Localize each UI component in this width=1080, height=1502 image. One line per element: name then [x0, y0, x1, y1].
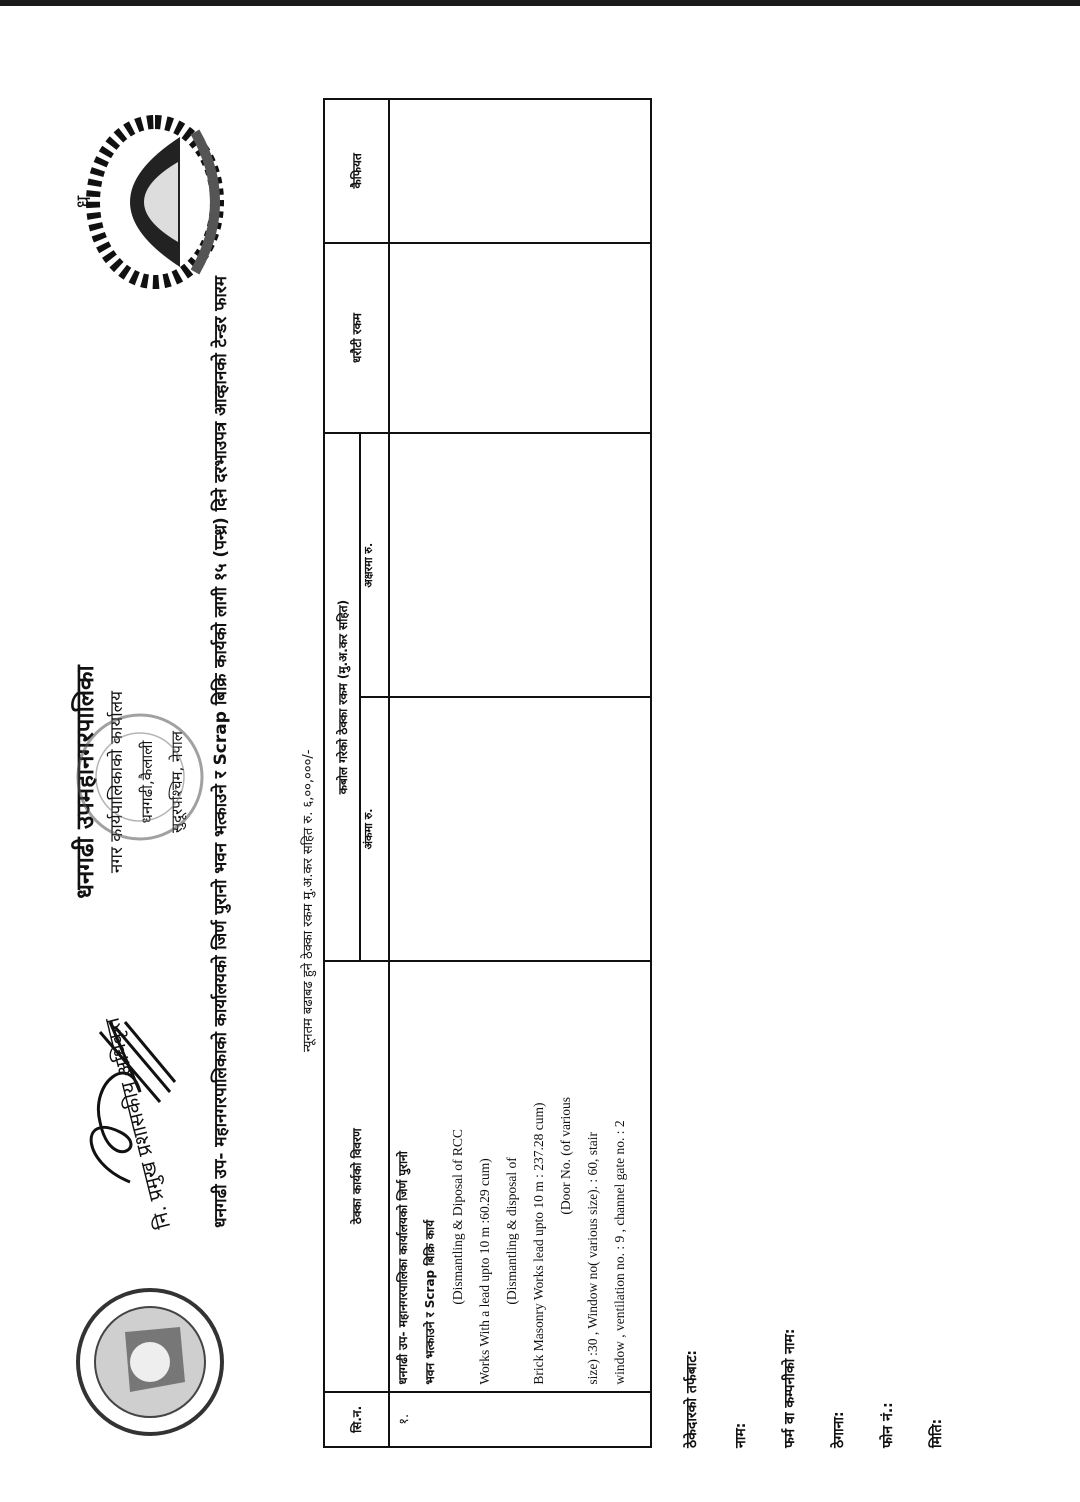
contractor-heading: ठेकेदारको तर्फबाट:	[668, 1328, 717, 1448]
header-sn: सि.न.	[324, 1392, 389, 1447]
row-description: धनगढी उप- महानगरपालिका कार्यालयको जिर्ण …	[389, 961, 651, 1392]
header-bid-amount: कबोल गरेको ठेक्का रकम (मु.अ.कर सहित)	[324, 433, 360, 960]
row-sn: १.	[389, 1392, 651, 1447]
desc-line: size) :30 , Window no( various size). : …	[579, 968, 606, 1385]
contractor-section: ठेकेदारको तर्फबाट: नाम: फर्म वा कम्पनीको…	[668, 1328, 962, 1448]
contractor-address-field[interactable]: ठेगाना:	[815, 1328, 864, 1448]
header-description: ठेक्का कार्यको विवरण	[324, 961, 389, 1392]
svg-text:ध: ध	[71, 195, 95, 208]
desc-line: (Door No. (of various	[552, 968, 579, 1385]
table-header-row: सि.न. ठेक्का कार्यको विवरण कबोल गरेको ठे…	[324, 99, 360, 1447]
desc-line: भवन भत्काउने र Scrap बिक्रि कार्य	[417, 968, 444, 1385]
subheader-in-words: अक्षरमा रु.	[360, 433, 389, 697]
table-row: १. धनगढी उप- महानगरपालिका कार्यालयको जिर…	[389, 99, 651, 1447]
contractor-date-field[interactable]: मिति:	[913, 1328, 962, 1448]
row-remarks[interactable]	[389, 99, 651, 243]
desc-line: Works With a lead upto 10 m :60.29 cum)	[471, 968, 498, 1385]
desc-line: (Dismantling & Diposal of RCC	[444, 968, 471, 1385]
official-seal-icon	[70, 1282, 230, 1442]
header-remarks: कैफियत	[324, 99, 389, 243]
desc-line: (Dismantling & disposal of	[498, 968, 525, 1385]
office-stamp-icon	[65, 692, 215, 862]
contractor-name-field[interactable]: नाम:	[717, 1328, 766, 1448]
tender-table: सि.न. ठेक्का कार्यको विवरण कबोल गरेको ठे…	[323, 98, 652, 1448]
row-deposit[interactable]	[389, 243, 651, 434]
contractor-firm-field[interactable]: फर्म वा कम्पनीको नाम:	[766, 1328, 815, 1448]
header-deposit: धरौटी रकम	[324, 243, 389, 434]
document-title: धनगढी उप- महानगरपालिकाको कार्यालयको जिर्…	[208, 97, 231, 1407]
desc-line: धनगढी उप- महानगरपालिका कार्यालयको जिर्ण …	[390, 968, 417, 1385]
tender-form-page: ध धनगढी उपमहानगरपालिका नगर कार्यपालिकाको…	[0, 0, 1080, 1502]
subheader-in-figures: अंकमा रु.	[360, 697, 389, 961]
desc-line: Brick Masonry Works lead upto 10 m : 237…	[525, 968, 552, 1385]
minimum-amount-note: न्यूनतम बढाबढ हुने ठेक्का रकम मु.अ.कर सह…	[298, 750, 316, 1052]
row-bid-in-figures[interactable]	[389, 697, 651, 961]
contractor-phone-field[interactable]: फोन नं.:	[864, 1328, 913, 1448]
row-bid-in-words[interactable]	[389, 433, 651, 697]
desc-line: window , ventilation no. : 9 , channel g…	[606, 968, 633, 1385]
